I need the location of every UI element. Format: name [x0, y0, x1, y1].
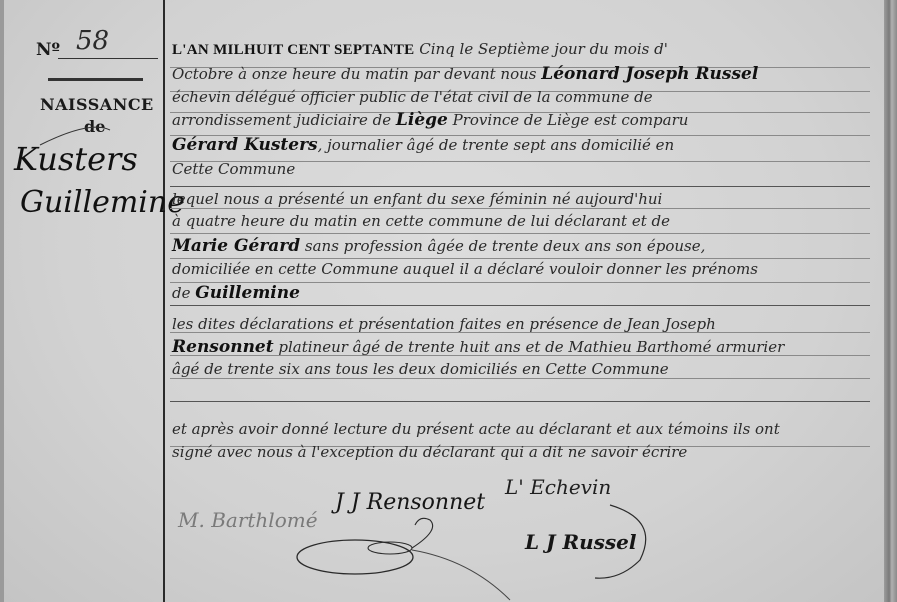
register-page: Nº 58 NAISSANCE de Kusters Guillemine L'…	[0, 0, 897, 602]
signature-flourish-icon	[0, 0, 897, 602]
